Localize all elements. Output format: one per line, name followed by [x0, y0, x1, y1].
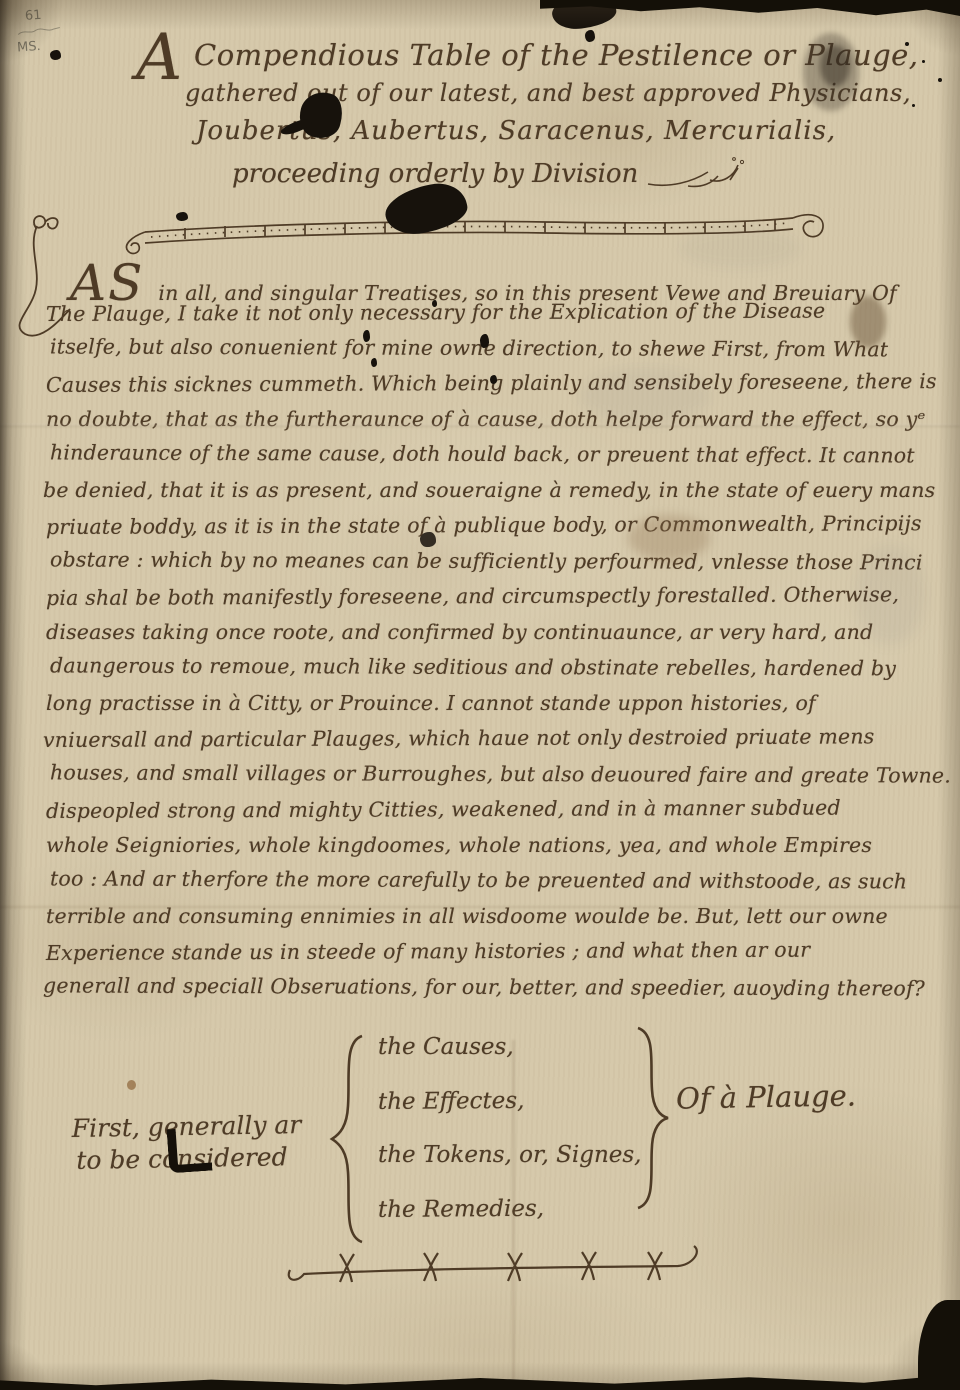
ink-blot	[420, 532, 436, 547]
title-line-1: A Compendious Table of the Pestilence or…	[110, 38, 900, 72]
ink-smudge	[820, 45, 850, 87]
body-text: AS in all, and singular Treatises, so in…	[46, 254, 952, 1010]
body-line: long practisse in à Citty, or Prouince. …	[46, 691, 952, 727]
body-line: dispeopled strong and mighty Citties, we…	[46, 795, 952, 834]
body-first-line: AS in all, and singular Treatises, so in…	[46, 254, 952, 300]
paper-edge	[0, 1374, 960, 1390]
stain	[628, 515, 710, 561]
body-line: daungerous to remoue, much like seditiou…	[50, 653, 952, 692]
ink-drip	[371, 358, 377, 367]
ink-drip	[363, 330, 370, 342]
stain	[850, 296, 886, 348]
right-brace	[630, 1022, 674, 1214]
body-line: The Plauge, I take it not only necessary…	[46, 298, 952, 337]
title-line-4: proceeding orderly by Division	[232, 156, 900, 192]
paper-spine-edge	[0, 0, 12, 1390]
diagram-item: the Tokens, or, Signes,	[378, 1142, 641, 1196]
diagram-result: Of à Plauge.	[676, 1078, 857, 1115]
ink-drip	[490, 375, 497, 384]
bleedthrough	[580, 368, 710, 423]
paper-crease	[0, 906, 960, 908]
body-line: too : And ar therfore the more carefully…	[50, 866, 952, 905]
left-brace	[326, 1030, 370, 1248]
body-line: generall and speciall Obseruations, for …	[43, 973, 952, 1012]
diagram-item: the Effectes,	[378, 1087, 642, 1143]
body-lines: The Plauge, I take it not only necessary…	[46, 300, 952, 1010]
body-line: pia shal be both manifestly foreseene, a…	[46, 582, 952, 621]
bleedthrough	[680, 228, 800, 268]
body-line: obstare : which by no meanes can be suff…	[50, 547, 952, 586]
ink-speck	[938, 78, 942, 82]
diagram-items: the Causes,the Effectes,the Tokens, or, …	[378, 1034, 641, 1250]
title-block: A Compendious Table of the Pestilence or…	[110, 38, 900, 192]
body-line: terrible and consuming ennimies in all w…	[46, 904, 952, 940]
ink-blot	[585, 30, 595, 42]
ink-drip	[432, 300, 437, 307]
body-line: Causes this sicknes cummeth. Which being…	[46, 369, 952, 408]
body-line: diseases taking once roote, and confirme…	[46, 620, 952, 656]
body-line: Experience stande us in steede of many h…	[46, 937, 952, 976]
ink-blot	[167, 1127, 213, 1174]
ink-drip	[480, 334, 489, 348]
body-line: priuate boddy, as it is in the state of …	[46, 511, 952, 550]
diagram-item: the Causes,	[378, 1034, 641, 1088]
ink-speck	[905, 42, 909, 46]
ink-speck	[912, 104, 915, 107]
stain	[127, 1080, 136, 1090]
paper-edge	[918, 1300, 960, 1390]
body-line: vniuersall and particular Plauges, which…	[43, 724, 952, 763]
pencil-scribble	[16, 23, 63, 38]
body-line: hinderaunce of the same cause, doth houl…	[50, 440, 952, 479]
body-line: whole Seigniories, whole kingdoomes, who…	[46, 833, 952, 869]
title-line-2: gathered out of our latest, and best app…	[185, 79, 900, 107]
paper-crease	[512, 1040, 515, 1390]
paper-crease	[0, 424, 960, 427]
title-end-flourish	[644, 156, 748, 192]
body-line: itselfe, but also conuenient for mine ow…	[50, 334, 952, 373]
manuscript-page: 61 MS. A Compendious Table of the Pestil…	[0, 0, 960, 1390]
ink-blot	[50, 50, 61, 60]
bottom-divider-flourish	[282, 1238, 718, 1288]
ink-drip	[176, 212, 188, 221]
bleedthrough	[855, 545, 925, 645]
ink-speck	[922, 60, 925, 63]
body-line: houses, and small villages or Burroughes…	[50, 760, 952, 799]
title-initial: A	[136, 28, 183, 88]
body-line: be denied, that it is as present, and so…	[43, 478, 952, 514]
shelfmark-number: 61	[24, 6, 61, 23]
marginalia: 61 MS.	[14, 6, 63, 55]
